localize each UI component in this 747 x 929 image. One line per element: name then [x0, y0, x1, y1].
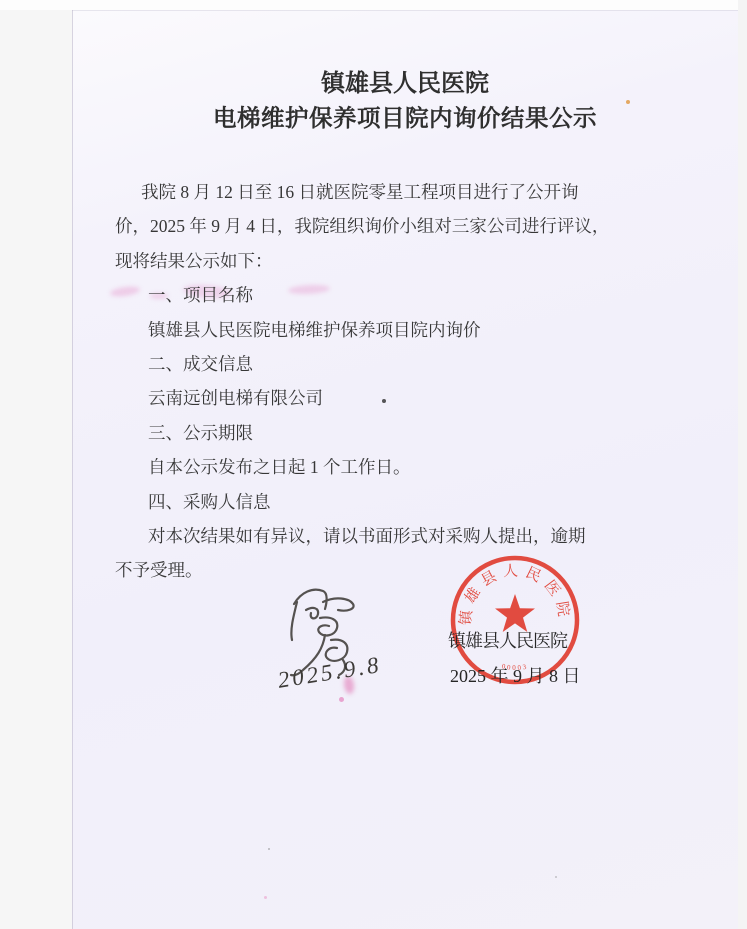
scanner-right-gap	[738, 0, 747, 929]
section-3-heading: 三、公示期限	[115, 416, 655, 450]
section-4-heading: 四、采购人信息	[115, 485, 655, 519]
scan-speck	[264, 896, 267, 899]
page-title-line1: 镇雄县人民医院	[72, 69, 738, 99]
page-title-line2: 电梯维护保养项目院内询价结果公示	[72, 104, 738, 134]
scanned-page-background: 镇雄县人民医院 电梯维护保养项目院内询价结果公示 我院 8 月 12 日至 16…	[0, 0, 747, 929]
scanner-top-gap	[0, 0, 747, 10]
document-body: 我院 8 月 12 日至 16 日就医院零星工程项目进行了公开询 价，2025 …	[115, 175, 655, 588]
section-2-heading: 二、成交信息	[115, 347, 655, 381]
project-name: 镇雄县人民医院电梯维护保养项目院内询价	[115, 313, 655, 347]
org-name-text: 镇雄县人民医院	[448, 627, 567, 653]
intro-line-2: 价，2025 年 9 月 4 日，我院组织询价小组对三家公司进行评议，	[115, 209, 655, 243]
publicity-period: 自本公示发布之日起 1 个工作日。	[115, 450, 655, 484]
scan-speck	[626, 100, 630, 104]
intro-line-3: 现将结果公示如下：	[115, 244, 655, 278]
ink-smudge	[339, 697, 344, 702]
scan-speck	[268, 848, 270, 850]
scan-speck	[555, 876, 557, 878]
section-1-heading: 一、项目名称	[115, 278, 655, 312]
date-text: 2025 年 9 月 8 日	[450, 662, 581, 688]
stray-period-dot	[382, 399, 386, 403]
intro-line-1: 我院 8 月 12 日至 16 日就医院零星工程项目进行了公开询	[115, 175, 655, 209]
